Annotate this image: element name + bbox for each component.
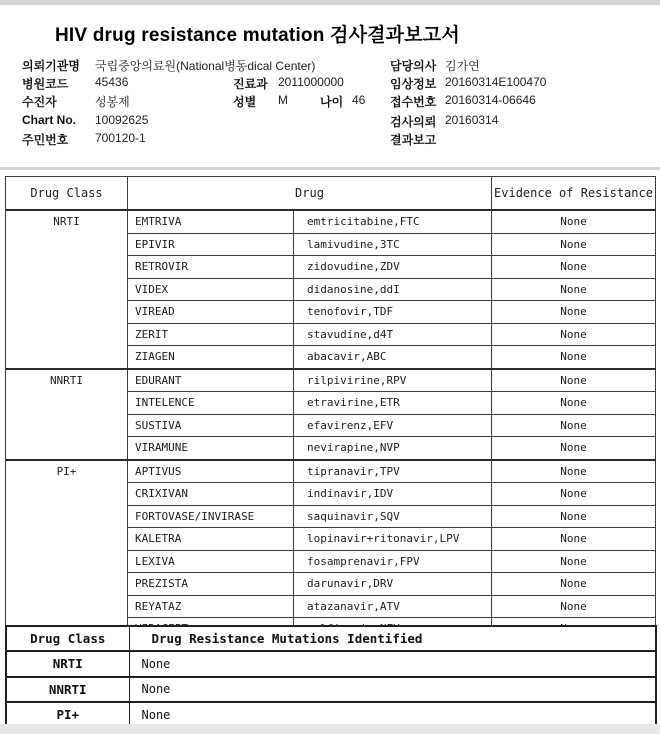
drug-brand-cell: PREZISTA (128, 573, 294, 596)
evidence-cell: None (492, 301, 656, 324)
drug-generic-cell: tipranavir,TPV (294, 460, 492, 483)
header-evidence: Evidence of Resistance (492, 177, 656, 211)
evidence-cell: None (492, 573, 656, 596)
evidence-cell: None (492, 278, 656, 301)
section-divider (0, 167, 660, 170)
rrn-value: 700120-1 (95, 131, 146, 145)
org-value: 국립중앙의료원(National병동dical Center) (95, 57, 315, 74)
drug-class-cell: NRTI (6, 651, 129, 677)
drug-generic-cell: stavudine,d4T (294, 323, 492, 346)
rrn-label: 주민번호 (22, 131, 68, 148)
drug-generic-cell: lamivudine,3TC (294, 233, 492, 256)
evidence-cell: None (492, 256, 656, 279)
drug-generic-cell: atazanavir,ATV (294, 595, 492, 618)
evidence-cell: None (492, 346, 656, 369)
evidence-cell: None (492, 369, 656, 392)
evidence-cell: None (492, 460, 656, 483)
mutation-table-header-row: Drug Class Drug Resistance Mutations Ide… (6, 626, 656, 651)
evidence-cell: None (492, 550, 656, 573)
clinical-info-label: 임상정보 (390, 75, 436, 92)
drug-class-cell: NNRTI (6, 369, 128, 460)
hospital-code-value: 45436 (95, 75, 128, 89)
mutations-cell: None (129, 651, 656, 677)
mutations-cell: None (129, 677, 656, 703)
sex-label: 성별 (233, 93, 256, 110)
drug-brand-cell: KALETRA (128, 528, 294, 551)
doctor-label: 담당의사 (390, 57, 436, 74)
drug-class-cell: NRTI (6, 210, 128, 369)
evidence-cell: None (492, 437, 656, 460)
drug-brand-cell: LEXIVA (128, 550, 294, 573)
drug-brand-cell: EPIVIR (128, 233, 294, 256)
evidence-cell: None (492, 483, 656, 506)
table-row: NRTI None (6, 651, 656, 677)
drug-generic-cell: zidovudine,ZDV (294, 256, 492, 279)
test-request-label: 검사의뢰 (390, 113, 436, 130)
evidence-cell: None (492, 323, 656, 346)
resistance-table: Drug Class Drug Evidence of Resistance N… (5, 176, 656, 641)
header-drug-class: Drug Class (6, 626, 129, 651)
page-title: HIV drug resistance mutation 검사결과보고서 (55, 20, 460, 47)
drug-generic-cell: rilpivirine,RPV (294, 369, 492, 392)
drug-generic-cell: saquinavir,SQV (294, 505, 492, 528)
patient-value: 성봉제 (95, 93, 130, 110)
drug-generic-cell: lopinavir+ritonavir,LPV (294, 528, 492, 551)
result-report-label: 결과보고 (390, 131, 436, 148)
test-request-value: 20160314 (445, 113, 498, 127)
bottom-window-bar (0, 724, 660, 734)
drug-generic-cell: fosamprenavir,FPV (294, 550, 492, 573)
drug-brand-cell: REYATAZ (128, 595, 294, 618)
drug-generic-cell: abacavir,ABC (294, 346, 492, 369)
drug-generic-cell: darunavir,DRV (294, 573, 492, 596)
table-row: NNRTI EDURANT rilpivirine,RPV None (6, 369, 656, 392)
drug-generic-cell: indinavir,IDV (294, 483, 492, 506)
drug-brand-cell: SUSTIVA (128, 414, 294, 437)
header-drug-class: Drug Class (6, 177, 128, 211)
sex-value: M (278, 93, 288, 107)
drug-brand-cell: VIREAD (128, 301, 294, 324)
drug-brand-cell: APTIVUS (128, 460, 294, 483)
chart-no-label: Chart No. (22, 113, 76, 127)
evidence-cell: None (492, 210, 656, 233)
receipt-no-value: 20160314-06646 (445, 93, 536, 107)
doctor-value: 김가연 (445, 57, 480, 74)
drug-generic-cell: tenofovir,TDF (294, 301, 492, 324)
table-row: NRTI EMTRIVA emtricitabine,FTC None (6, 210, 656, 233)
report-page: { "title": "HIV drug resistance mutation… (0, 0, 660, 734)
clinical-info-value: 20160314E100470 (445, 75, 546, 89)
drug-generic-cell: emtricitabine,FTC (294, 210, 492, 233)
drug-brand-cell: ZIAGEN (128, 346, 294, 369)
table-row: NNRTI None (6, 677, 656, 703)
age-label: 나이 (320, 93, 343, 110)
drug-brand-cell: VIDEX (128, 278, 294, 301)
header-mutations: Drug Resistance Mutations Identified (129, 626, 656, 651)
drug-brand-cell: RETROVIR (128, 256, 294, 279)
drug-class-cell: NNRTI (6, 677, 129, 703)
drug-brand-cell: FORTOVASE/INVIRASE (128, 505, 294, 528)
evidence-cell: None (492, 505, 656, 528)
dept-value: 2011000000 (278, 75, 344, 89)
dept-label: 진료과 (233, 75, 268, 92)
evidence-cell: None (492, 595, 656, 618)
org-label: 의뢰기관명 (22, 57, 80, 74)
age-value: 46 (352, 93, 365, 107)
drug-generic-cell: didanosine,ddI (294, 278, 492, 301)
evidence-cell: None (492, 233, 656, 256)
drug-class-cell: PI+ (6, 460, 128, 641)
evidence-cell: None (492, 528, 656, 551)
drug-brand-cell: EMTRIVA (128, 210, 294, 233)
table-row: PI+ APTIVUS tipranavir,TPV None (6, 460, 656, 483)
header-drug: Drug (128, 177, 492, 211)
drug-generic-cell: efavirenz,EFV (294, 414, 492, 437)
resistance-table-header-row: Drug Class Drug Evidence of Resistance (6, 177, 656, 211)
drug-generic-cell: etravirine,ETR (294, 392, 492, 415)
drug-brand-cell: CRIXIVAN (128, 483, 294, 506)
top-window-bar (0, 0, 660, 5)
drug-generic-cell: nevirapine,NVP (294, 437, 492, 460)
mutation-table: Drug Class Drug Resistance Mutations Ide… (5, 625, 657, 729)
chart-no-value: 10092625 (95, 113, 148, 127)
drug-brand-cell: ZERIT (128, 323, 294, 346)
receipt-no-label: 접수번호 (390, 93, 436, 110)
patient-label: 수진자 (22, 93, 57, 110)
drug-brand-cell: VIRAMUNE (128, 437, 294, 460)
evidence-cell: None (492, 392, 656, 415)
drug-brand-cell: EDURANT (128, 369, 294, 392)
evidence-cell: None (492, 414, 656, 437)
drug-brand-cell: INTELENCE (128, 392, 294, 415)
hospital-code-label: 병원코드 (22, 75, 68, 92)
